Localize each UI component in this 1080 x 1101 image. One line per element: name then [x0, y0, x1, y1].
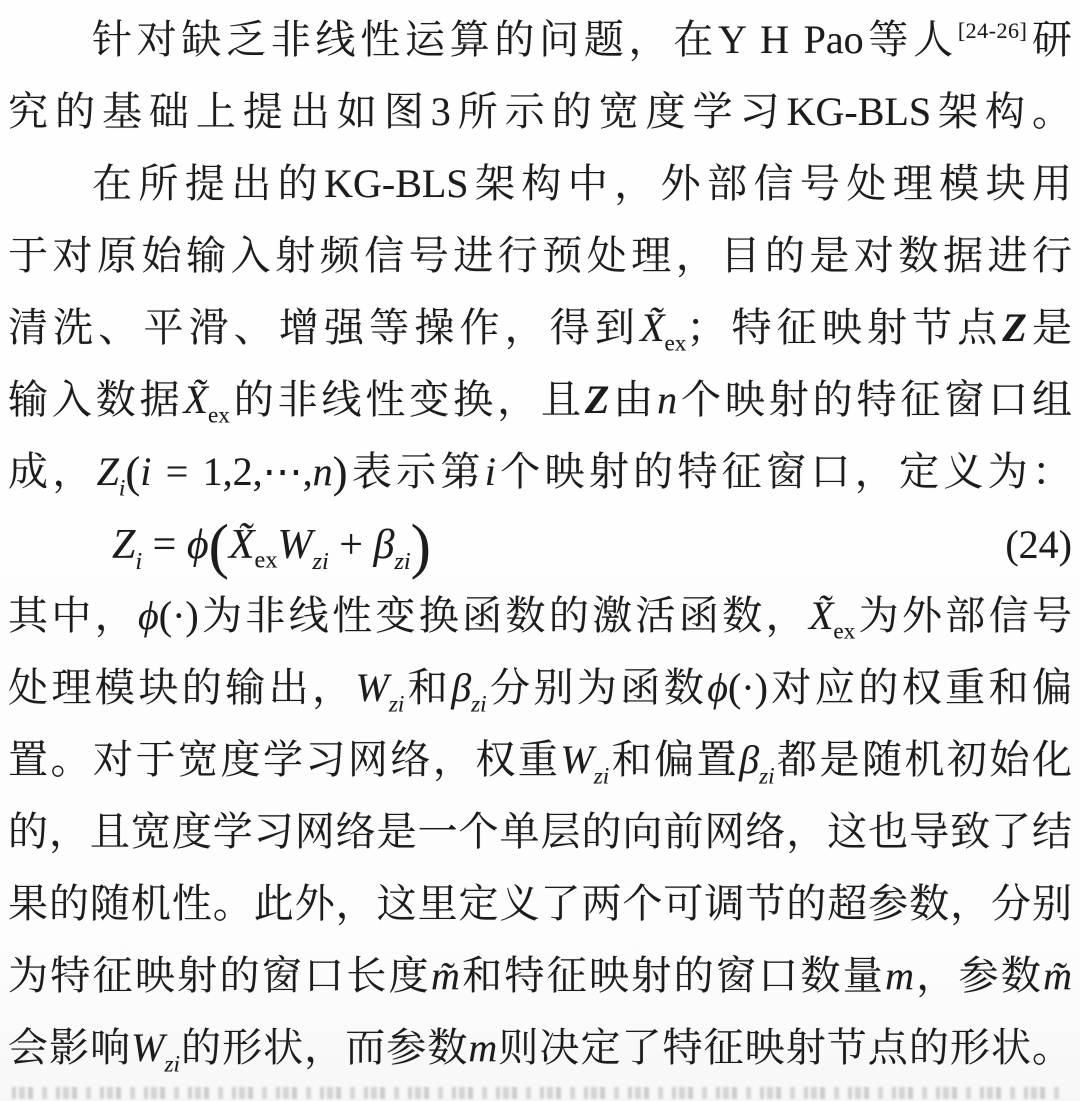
text-segment: +: [329, 522, 374, 568]
text-line-5: 清洗、平滑、增强等操作，得到X̃ex；特征映射节点Z是: [8, 293, 1072, 365]
text-line-12: 的，且宽度学习网络是一个单层的向前网络，这也导致了结: [8, 797, 1072, 869]
math-symbol: β: [451, 665, 471, 710]
math-subscript: zi: [759, 763, 774, 789]
text-segment: 的非线性变换，且: [230, 377, 585, 422]
math-subscript: ex: [665, 330, 687, 356]
text-segment: 则决定了特征映射节点的形状。: [497, 1025, 1072, 1070]
math-symbol: ϕ: [138, 593, 159, 638]
text-line-7: 成，Zi(i = 1,2,⋯,n)表示第i个映射的特征窗口，定义为：: [8, 437, 1072, 509]
math-symbol: W: [278, 522, 313, 568]
math-subscript: zi: [165, 1051, 180, 1077]
text-segment: 个映射的特征窗口组: [677, 377, 1072, 422]
math-symbol: ϕ: [187, 522, 209, 568]
document-body: 针对缺乏非线性运算的问题，在Y H Pao等人[24-26]研究的基础上提出如图…: [8, 5, 1072, 1085]
math-symbol: i: [140, 449, 151, 494]
text-segment: 其中，: [8, 593, 138, 638]
math-symbol: m: [468, 1025, 497, 1070]
article-page: 针对缺乏非线性运算的问题，在Y H Pao等人[24-26]研究的基础上提出如图…: [0, 0, 1080, 1101]
math-paren: (: [125, 447, 140, 497]
text-segment: 于对原始输入射频信号进行预处理，目的是对数据进行: [8, 233, 1072, 278]
math-symbol: m: [885, 953, 914, 998]
text-segment: 针对缺乏非线性运算的问题，在: [92, 17, 718, 62]
math-symbol: i: [485, 449, 496, 494]
math-subscript: zi: [389, 691, 404, 717]
math-subscript: zi: [594, 763, 609, 789]
math-symbol: W: [131, 1025, 164, 1070]
text-segment: 都是随机初始化: [775, 737, 1072, 782]
text-line-6: 输入数据X̃ex的非线性变换，且Z由n个映射的特征窗口组: [8, 365, 1072, 437]
equation-number: (24): [1005, 510, 1072, 580]
text-segment: 处理模块的输出，: [8, 665, 356, 710]
text-line-10: 处理模块的输出，Wzi和βzi分别为函数ϕ(·)对应的权重和偏: [8, 653, 1072, 725]
text-segment: 会影响: [8, 1025, 131, 1070]
text-line-4: 于对原始输入射频信号进行预处理，目的是对数据进行: [8, 221, 1072, 293]
text-line-1: 针对缺乏非线性运算的问题，在Y H Pao等人[24-26]研: [8, 5, 1072, 77]
math-paren: ): [333, 447, 348, 497]
text-segment: 在所提出的KG-BLS架构中，外部信号处理模块用: [92, 161, 1072, 206]
text-line-15: 会影响Wzi的形状，而参数m则决定了特征映射节点的形状。: [8, 1013, 1072, 1085]
equation-expression: Zi = ϕ(X̃exWzi + βzi): [112, 510, 431, 580]
math-symbol: β: [373, 522, 394, 568]
math-symbol: W: [560, 737, 593, 782]
text-line-13: 果的随机性。此外，这里定义了两个可调节的超参数，分别: [8, 869, 1072, 941]
text-segment: 果的随机性。此外，这里定义了两个可调节的超参数，分别: [8, 881, 1072, 926]
text-segment: 等人: [864, 17, 958, 62]
math-paren: (: [209, 514, 229, 581]
text-segment: 输入数据: [8, 377, 184, 422]
math-subscript: ex: [255, 547, 278, 574]
text-segment: (·): [728, 665, 768, 710]
text-segment: 和特征映射的窗口数量: [460, 953, 885, 998]
math-symbol: m̃: [431, 953, 460, 998]
text-segment: 分别为函数: [487, 665, 708, 710]
text-segment: 的形状，而参数: [180, 1025, 468, 1070]
text-segment: 成，: [8, 449, 97, 494]
math-paren: ): [411, 514, 431, 581]
text-segment: 清洗、平滑、增强等操作，得到: [8, 305, 640, 350]
math-symbol: m̃: [1043, 953, 1072, 998]
text-segment: =: [142, 522, 187, 568]
math-subscript: zi: [471, 691, 486, 717]
text-segment: 为外部信号: [855, 593, 1072, 638]
math-symbol: n: [313, 449, 333, 494]
text-segment: 和偏置: [609, 737, 739, 782]
text-line-14: 为特征映射的窗口长度m̃和特征映射的窗口数量m，参数m̃: [8, 941, 1072, 1013]
text-segment: = 1,2,⋯,: [151, 449, 312, 494]
text-segment: 和: [404, 665, 451, 710]
text-segment: 个映射的特征窗口，定义为：: [496, 449, 1072, 494]
math-symbol: X̃: [184, 377, 208, 422]
text-line-11: 置。对于宽度学习网络，权重Wzi和偏置βzi都是随机初始化: [8, 725, 1072, 797]
math-subscript: ex: [833, 618, 855, 644]
text-segment: 为特征映射的窗口长度: [8, 953, 431, 998]
text-segment: ；特征映射节点: [686, 305, 1002, 350]
text-line-9: 其中，ϕ(·)为非线性变换函数的激活函数，X̃ex为外部信号: [8, 581, 1072, 653]
text-line-3: 在所提出的KG-BLS架构中，外部信号处理模块用: [8, 149, 1072, 221]
math-subscript: ex: [208, 402, 230, 428]
text-segment: ，参数: [914, 953, 1043, 998]
text-segment: 究的基础上提出如图3所示的宽度学习KG-BLS架构。: [8, 89, 1072, 134]
text-segment: 表示第: [348, 449, 485, 494]
math-symbol: W: [356, 665, 389, 710]
math-subscript: zi: [313, 548, 329, 575]
text-segment: Y H Pao: [718, 17, 864, 62]
text-segment: 的，且宽度学习网络是一个单层的向前网络，这也导致了结: [8, 809, 1072, 854]
math-symbol: Z: [112, 522, 135, 568]
text-segment: 置。对于宽度学习网络，权重: [8, 737, 560, 782]
math-symbol: Z: [97, 449, 119, 494]
text-segment: 研: [1027, 17, 1072, 62]
math-symbol: X̃: [229, 522, 255, 568]
math-subscript: zi: [394, 548, 410, 575]
reference-superscript: [24-26]: [958, 18, 1027, 43]
text-segment: 是: [1027, 305, 1072, 350]
math-symbol: ϕ: [707, 665, 728, 710]
cutoff-text-row: [12, 1087, 1068, 1099]
equation-24: Zi = ϕ(X̃exWzi + βzi)(24): [8, 509, 1072, 581]
text-segment: (·): [159, 593, 199, 638]
text-segment: 对应的权重和偏: [768, 665, 1072, 710]
text-segment: 为非线性变换函数的激活函数，: [199, 593, 809, 638]
text-line-2: 究的基础上提出如图3所示的宽度学习KG-BLS架构。: [8, 77, 1072, 149]
math-symbol: β: [739, 737, 759, 782]
math-symbol: n: [657, 377, 677, 422]
math-symbol: Z: [1002, 305, 1026, 350]
math-symbol: X̃: [809, 593, 833, 638]
text-segment: 由: [609, 377, 657, 422]
math-symbol: X̃: [640, 305, 664, 350]
math-symbol: Z: [585, 377, 609, 422]
